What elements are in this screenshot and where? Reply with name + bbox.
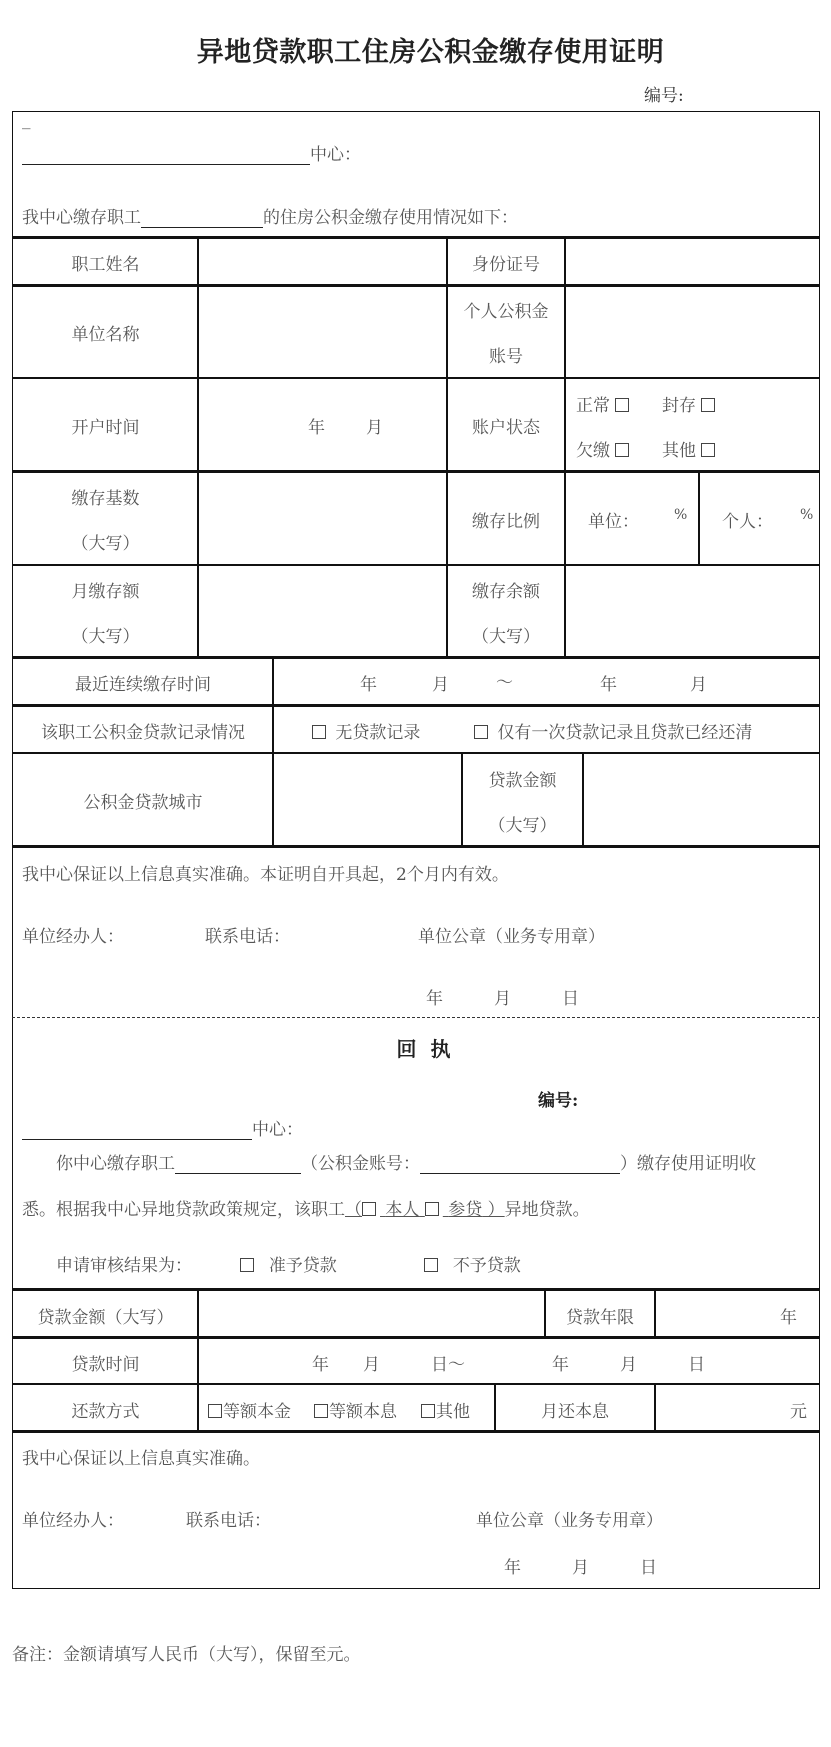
receipt-employee-field[interactable] — [175, 1155, 301, 1174]
checkbox[interactable] — [312, 725, 326, 739]
receipt-day: 日 — [640, 1553, 657, 1578]
employee-name-blank[interactable] — [141, 209, 263, 228]
divider — [582, 752, 584, 846]
monthly-label-line1: 月缴存额 — [14, 577, 197, 602]
loan-amount-field[interactable] — [585, 755, 818, 844]
loan-record-none-label: 无贷款记录 — [335, 723, 420, 743]
ratio-unit-label: 单位： — [588, 507, 639, 532]
recent-start-month: 月 — [432, 670, 449, 695]
receipt-year: 年 — [504, 1553, 521, 1578]
divider — [12, 1383, 820, 1385]
reject-label: 不予贷款 — [453, 1256, 521, 1276]
guarantee-statement: 我中心保证以上信息真实准确。本证明自开具起，2个月内有效。 — [22, 860, 509, 885]
loan-record-once-option[interactable]: 仅有一次贷款记录且贷款已经还清 — [474, 718, 752, 743]
status-sealed-label: 封存 — [662, 396, 696, 416]
loan-time-start[interactable]: 年 月 日～ — [312, 1350, 465, 1375]
statement-day: 日 — [562, 984, 579, 1009]
monthly-payment-unit: 元 — [790, 1397, 807, 1422]
checkbox-co-borrower[interactable] — [425, 1202, 439, 1216]
receipt-loan-amount-label: 贷款金额（大写） — [14, 1303, 197, 1328]
recent-start-year: 年 — [360, 670, 377, 695]
serial-number-label: 编号: — [644, 81, 684, 106]
repay-equal-principal-option[interactable]: 等额本金 — [208, 1397, 291, 1422]
loan-time-end[interactable]: 年 月 日 — [552, 1350, 705, 1375]
status-other-option[interactable]: 其他 — [662, 436, 719, 461]
divider — [197, 1289, 199, 1431]
divider — [564, 237, 566, 657]
loan-type-options: （ 本人 参贷 ） — [345, 1200, 505, 1220]
ratio-label: 缴存比例 — [448, 507, 564, 532]
statement-year: 年 — [426, 984, 443, 1009]
receipt-month: 月 — [572, 1553, 589, 1578]
divider — [12, 377, 820, 379]
loan-amount-label-line2: （大写） — [463, 811, 582, 836]
paren-open: （ — [345, 1200, 362, 1220]
checkbox[interactable] — [208, 1404, 222, 1418]
divider — [12, 656, 820, 659]
receipt-seal-label: 单位公章（业务专用章） — [476, 1506, 663, 1531]
divider — [654, 1384, 656, 1431]
center-name-field[interactable] — [22, 146, 310, 165]
checkbox-self[interactable] — [362, 1202, 376, 1216]
repay-other-option[interactable]: 其他 — [421, 1397, 470, 1422]
repay-equal-installment-label: 等额本息 — [329, 1402, 397, 1422]
account-status-label: 账户状态 — [448, 413, 564, 438]
recent-end-month: 月 — [690, 670, 707, 695]
recent-tilde: ～ — [496, 668, 513, 693]
status-arrears-option[interactable]: 欠缴 — [576, 436, 633, 461]
cut-line — [12, 1017, 820, 1018]
receipt-line2-suffix: 异地贷款。 — [505, 1200, 590, 1220]
repay-other-label: 其他 — [436, 1402, 470, 1422]
receipt-loan-amount-field[interactable] — [200, 1291, 543, 1335]
ratio-unit-percent: % — [674, 507, 687, 523]
checkbox[interactable] — [615, 443, 629, 457]
divider — [197, 237, 199, 657]
base-amount-field[interactable] — [200, 473, 445, 563]
receipt-line2: 悉。根据我中心异地贷款政策规定，该职工（ 本人 参贷 ）异地贷款。 — [22, 1195, 590, 1220]
repay-equal-installment-option[interactable]: 等额本息 — [314, 1397, 397, 1422]
divider — [654, 1289, 656, 1337]
receipt-guarantee: 我中心保证以上信息真实准确。 — [22, 1444, 260, 1469]
loan-record-none-option[interactable]: 无贷款记录 — [312, 718, 420, 743]
divider — [12, 704, 820, 707]
loan-time-label: 贷款时间 — [14, 1350, 197, 1375]
footnote: 备注：金额请填写人民币（大写），保留至元。 — [12, 1640, 361, 1665]
id-number-field[interactable] — [567, 239, 818, 283]
monthly-payment-label: 月还本息 — [496, 1397, 654, 1422]
paren-close: ） — [482, 1200, 504, 1220]
account-label-line1: 个人公积金 — [448, 297, 564, 322]
loan-city-label: 公积金贷款城市 — [14, 788, 272, 813]
loan-amount-label-line1: 贷款金额 — [463, 766, 582, 791]
handler-label: 单位经办人： — [22, 922, 124, 947]
loan-term-unit: 年 — [780, 1303, 797, 1328]
loan-record-once-label: 仅有一次贷款记录且贷款已经还清 — [497, 723, 752, 743]
ratio-personal-label: 个人： — [722, 507, 773, 532]
intro-line: 我中心缴存职工的住房公积金缴存使用情况如下： — [22, 203, 518, 228]
divider — [698, 471, 700, 565]
divider — [272, 657, 274, 846]
divider — [12, 845, 820, 848]
monthly-label-line2: （大写） — [14, 622, 197, 647]
status-arrears-label: 欠缴 — [576, 441, 610, 461]
approve-option[interactable]: 准予贷款 — [240, 1251, 337, 1276]
receipt-line1: 你中心缴存职工（公积金账号：）缴存使用证明收 — [56, 1149, 756, 1174]
balance-label-line1: 缴存余额 — [448, 577, 564, 602]
open-date-month: 月 — [366, 413, 383, 438]
repay-equal-principal-label: 等额本金 — [223, 1402, 291, 1422]
receipt-serial-label: 编号: — [538, 1086, 578, 1111]
receipt-center-suffix: 中心： — [252, 1120, 303, 1140]
receipt-center-line: 中心： — [22, 1115, 303, 1140]
loan-term-label: 贷款年限 — [546, 1303, 654, 1328]
base-label-line1: 缴存基数 — [14, 484, 197, 509]
option-self-label: 本人 — [385, 1200, 419, 1220]
divider — [12, 1336, 820, 1339]
loan-city-field[interactable] — [275, 755, 460, 844]
base-label-line2: （大写） — [14, 529, 197, 554]
receipt-phone-label: 联系电话： — [186, 1506, 271, 1531]
checkbox[interactable] — [474, 725, 488, 739]
status-normal-option[interactable]: 正常 — [576, 391, 633, 416]
repay-method-label: 还款方式 — [14, 1397, 197, 1422]
balance-field[interactable] — [567, 566, 818, 655]
balance-label-line2: （大写） — [448, 622, 564, 647]
ratio-personal-percent: % — [800, 507, 813, 523]
open-date-year: 年 — [308, 413, 325, 438]
status-normal-label: 正常 — [576, 396, 610, 416]
receipt-line2-prefix: 悉。根据我中心异地贷款政策规定，该职工 — [22, 1200, 345, 1220]
center-line: 中心： — [22, 140, 361, 165]
receipt-line1-prefix: 你中心缴存职工 — [56, 1154, 175, 1174]
status-sealed-option[interactable]: 封存 — [662, 391, 719, 416]
employer-field[interactable] — [200, 287, 445, 376]
divider — [12, 1430, 820, 1433]
intro-suffix: 的住房公积金缴存使用情况如下： — [263, 208, 518, 228]
checkbox[interactable] — [240, 1258, 254, 1272]
checkbox[interactable] — [701, 443, 715, 457]
document-title: 异地贷款职工住房公积金缴存使用证明 — [0, 30, 831, 69]
center-suffix: 中心： — [310, 145, 361, 165]
seal-label: 单位公章（业务专用章） — [418, 922, 605, 947]
receipt-title: 回 执 — [12, 1033, 820, 1062]
monthly-amount-field[interactable] — [200, 566, 445, 655]
open-date-label: 开户时间 — [14, 413, 197, 438]
dash-mark: _ — [22, 110, 31, 130]
option-co-borrower-label: 参贷 — [448, 1200, 482, 1220]
employee-name-label: 职工姓名 — [14, 250, 197, 275]
id-number-label: 身份证号 — [448, 250, 564, 275]
receipt-account-label: （公积金账号： — [301, 1154, 420, 1174]
checkbox[interactable] — [421, 1404, 435, 1418]
status-other-label: 其他 — [662, 441, 696, 461]
checkbox[interactable] — [424, 1258, 438, 1272]
statement-month: 月 — [494, 984, 511, 1009]
recent-period-label: 最近连续缴存时间 — [14, 670, 272, 695]
checkbox[interactable] — [701, 398, 715, 412]
receipt-account-field[interactable] — [420, 1155, 620, 1174]
review-result-label: 申请审核结果为： — [56, 1251, 192, 1276]
intro-prefix: 我中心缴存职工 — [22, 208, 141, 228]
receipt-line1-suffix: ）缴存使用证明收 — [620, 1154, 756, 1174]
account-label-line2: 账号 — [448, 342, 564, 367]
phone-label: 联系电话： — [205, 922, 290, 947]
account-number-field[interactable] — [567, 287, 818, 376]
employee-name-field[interactable] — [200, 239, 445, 283]
receipt-center-field[interactable] — [22, 1121, 252, 1140]
recent-end-year: 年 — [600, 670, 617, 695]
checkbox[interactable] — [615, 398, 629, 412]
approve-label: 准予贷款 — [269, 1256, 337, 1276]
employer-label: 单位名称 — [14, 320, 197, 345]
reject-option[interactable]: 不予贷款 — [424, 1251, 521, 1276]
checkbox[interactable] — [314, 1404, 328, 1418]
receipt-handler-label: 单位经办人： — [22, 1506, 124, 1531]
loan-record-label: 该职工公积金贷款记录情况 — [14, 718, 272, 743]
divider — [12, 752, 820, 754]
